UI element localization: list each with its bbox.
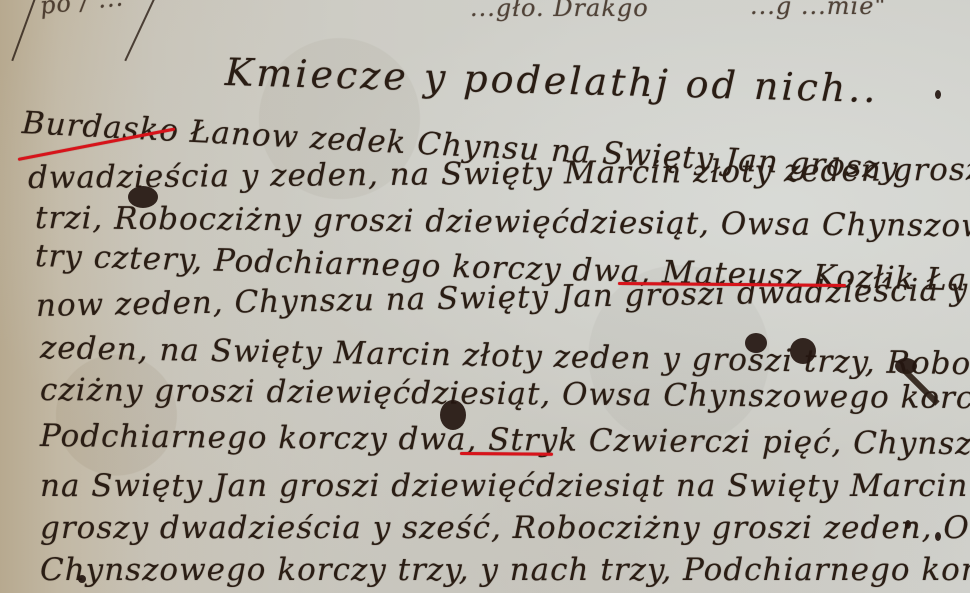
descender-stroke: [11, 0, 36, 61]
section-heading: Kmiecze y podelathj od nich..: [224, 50, 879, 111]
top-fragment-right: ...g ...mie": [750, 0, 886, 20]
manuscript-line-9: na Swięty Jan groszi dziewięćdziesiąt na…: [40, 468, 968, 504]
manuscript-page: ṗo / ... ...gło. Drakgo ...g ...mie" Kmi…: [0, 0, 970, 593]
ink-blot: [745, 333, 767, 353]
top-fragment-left: ṗo / ...: [39, 0, 126, 20]
ink-dot: [935, 532, 941, 541]
ink-blot: [128, 186, 158, 208]
manuscript-line-10: groszy dwadzieścia y sześć, Robocziżny g…: [40, 510, 970, 546]
descender-stroke: [124, 0, 155, 61]
top-fragment-center: ...gło. Drakgo: [470, 0, 649, 22]
manuscript-line-8: Podchiarnego korczy dwa, Stryk Czwierczi…: [40, 418, 970, 462]
ink-dot: [935, 90, 941, 99]
manuscript-line-5: now zeden, Chynszu na Swięty Jan groszi …: [36, 272, 969, 324]
manuscript-line-3: trzi, Robocziżny groszi dziewięćdziesiąt…: [35, 200, 970, 245]
ink-dot: [78, 575, 86, 583]
manuscript-line-11: Chynszowego korczy trzy, y nach trzy, Po…: [40, 552, 970, 588]
ink-blot: [440, 400, 466, 430]
manuscript-line-2: dwadzieścia y zeden, na Swięty Marcin zł…: [28, 152, 970, 196]
manuscript-line-7: cziżny groszi dziewięćdziesiąt, Owsa Chy…: [40, 372, 970, 418]
ink-blot: [790, 338, 816, 364]
ink-dot: [905, 520, 911, 529]
